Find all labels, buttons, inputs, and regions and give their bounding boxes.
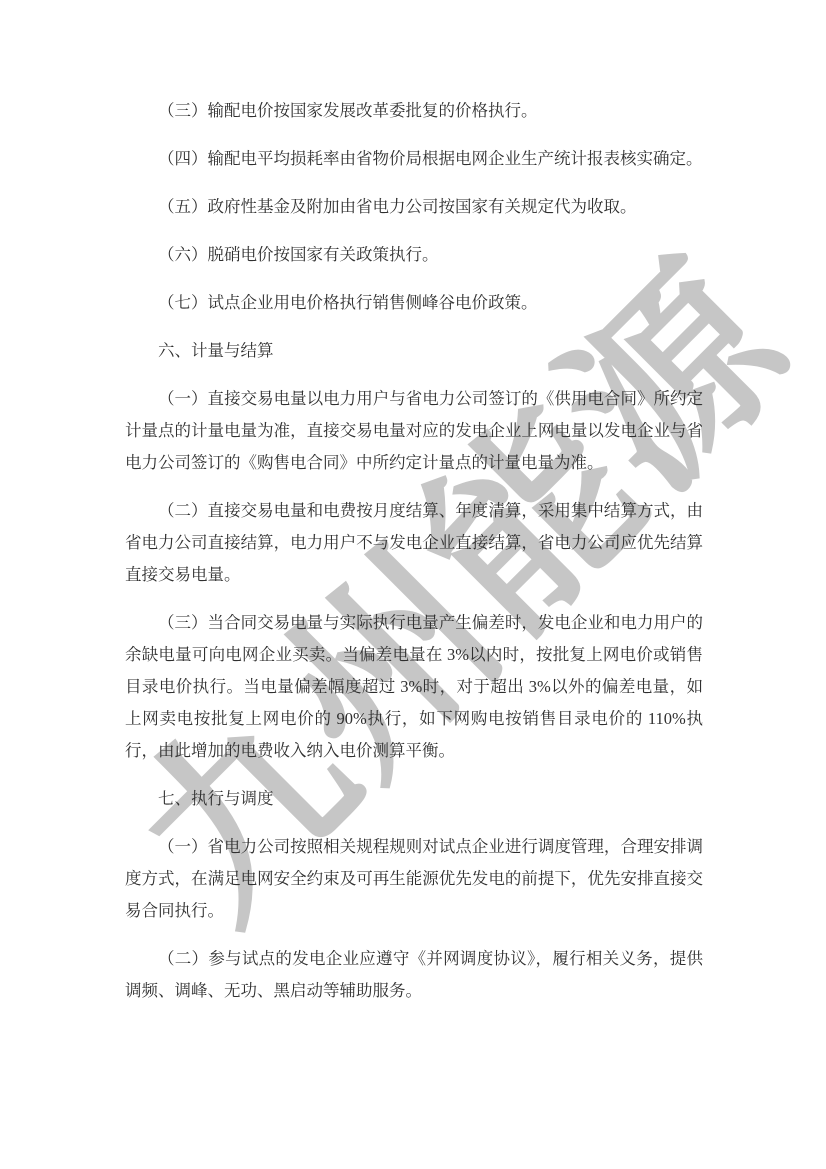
clause-item-3: （三）输配电价按国家发展改革委批复的价格执行。 — [125, 95, 703, 127]
document-page: 九州能源 （三）输配电价按国家发展改革委批复的价格执行。 （四）输配电平均损耗率… — [0, 0, 826, 1169]
clause-6-1: （一）直接交易电量以电力用户与省电力公司签订的《供用电合同》所约定计量点的计量电… — [125, 383, 703, 479]
clause-6-2: （二）直接交易电量和电费按月度结算、年度清算，采用集中结算方式，由省电力公司直接… — [125, 495, 703, 591]
document-body: （三）输配电价按国家发展改革委批复的价格执行。 （四）输配电平均损耗率由省物价局… — [125, 95, 703, 1023]
section-heading-7-execution-dispatch: 七、执行与调度 — [125, 783, 703, 815]
clause-7-2: （二）参与试点的发电企业应遵守《并网调度协议》，履行相关义务，提供调频、调峰、无… — [125, 943, 703, 1007]
clause-item-7: （七）试点企业用电价格执行销售侧峰谷电价政策。 — [125, 287, 703, 319]
clause-6-3: （三）当合同交易电量与实际执行电量产生偏差时，发电企业和电力用户的余缺电量可向电… — [125, 607, 703, 767]
clause-7-1: （一）省电力公司按照相关规程规则对试点企业进行调度管理，合理安排调度方式，在满足… — [125, 831, 703, 927]
clause-item-4: （四）输配电平均损耗率由省物价局根据电网企业生产统计报表核实确定。 — [125, 143, 703, 175]
clause-item-6: （六）脱硝电价按国家有关政策执行。 — [125, 239, 703, 271]
clause-item-5: （五）政府性基金及附加由省电力公司按国家有关规定代为收取。 — [125, 191, 703, 223]
section-heading-6-metering-settlement: 六、计量与结算 — [125, 335, 703, 367]
